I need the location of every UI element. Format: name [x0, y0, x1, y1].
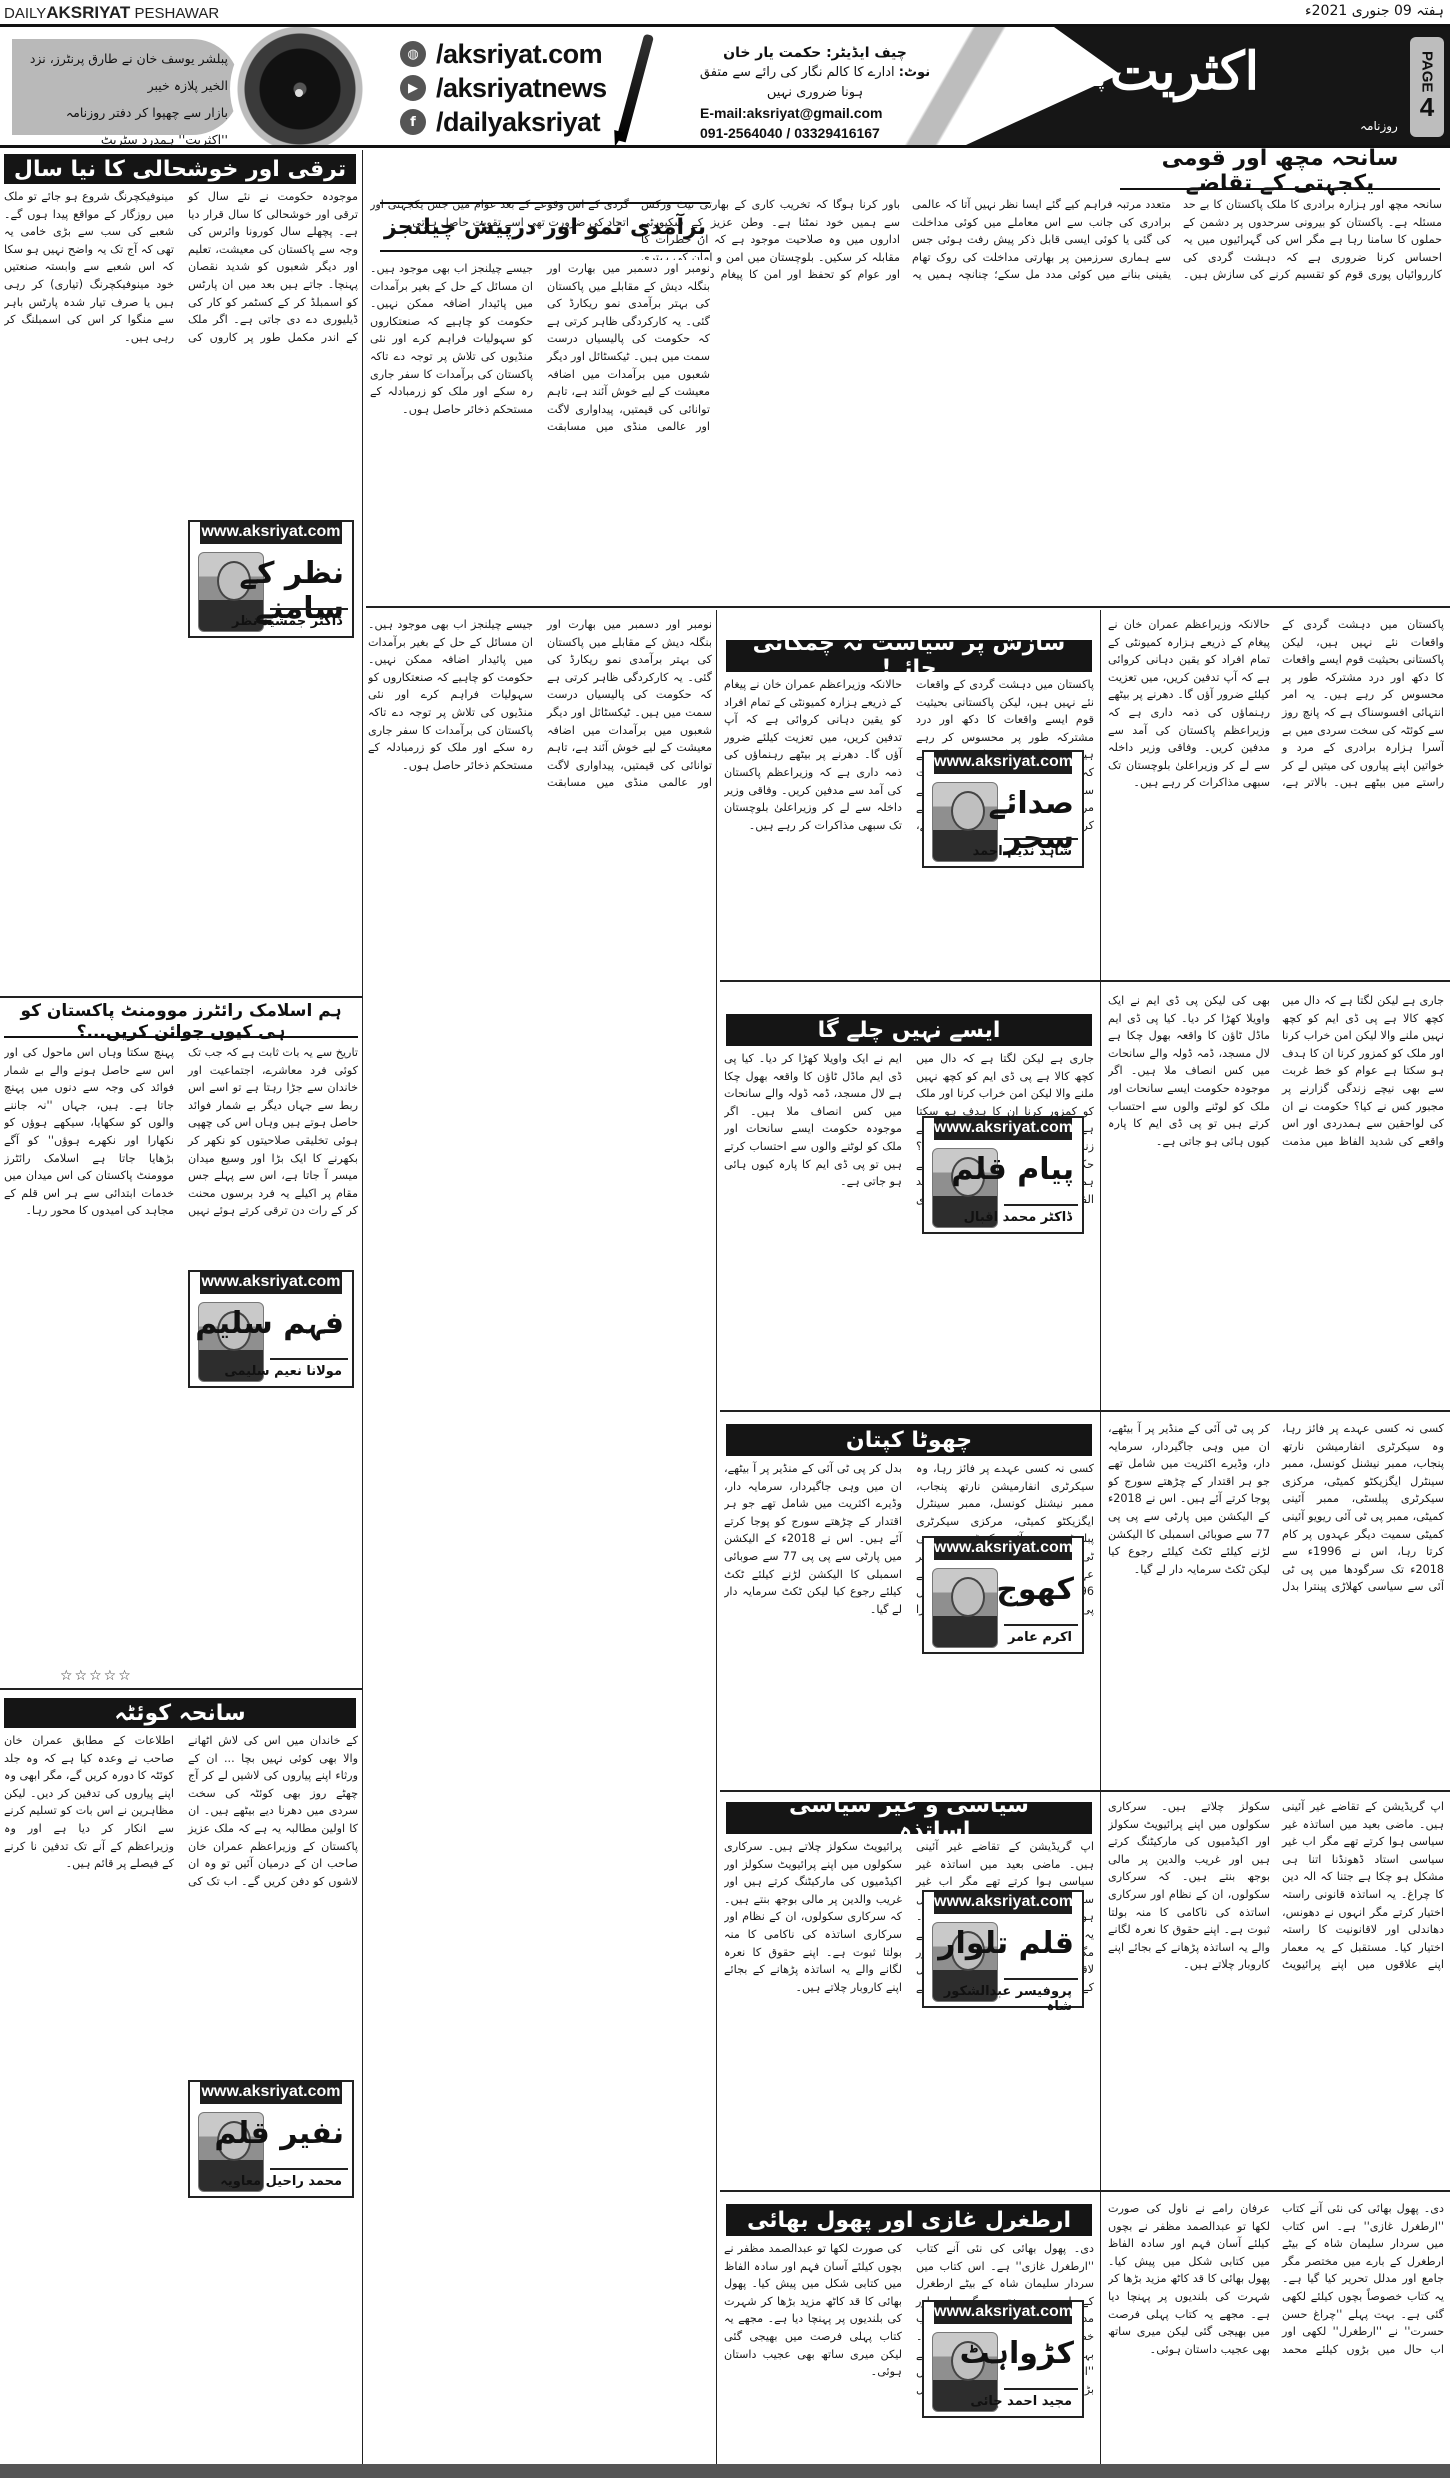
column-headline: سازش پر سیاست نہ چمکائی جائے! [726, 640, 1092, 672]
byline-box: www.aksriyat.com کھوج اکرم عامر [922, 1536, 1084, 1654]
column-name: پیام قلم [951, 1152, 1074, 1187]
byline-box: www.aksriyat.com پیام قلم ڈاکٹر محمد اقب… [922, 1116, 1084, 1234]
byline-divider [270, 608, 348, 610]
author-name: پروفیسر عبدالشکور شاہ [924, 1984, 1072, 2014]
column-continuation: جاری ہے لیکن لگتا ہے کہ دال میں کچھ کالا… [1108, 992, 1444, 1372]
author-name: ڈاکٹر محمد اقبال [964, 1210, 1072, 1225]
section-divider [720, 2190, 1450, 2192]
social-youtube[interactable]: ▶ /aksriyatnews [400, 71, 607, 105]
author-name: مجید احمد جائی [970, 2394, 1072, 2409]
social-handle[interactable]: /aksriyat.com [436, 39, 602, 70]
byline-box: www.aksriyat.com قلم تلوار پروفیسر عبدال… [922, 1890, 1084, 2008]
editorial-headline: برآمدی نمو اور درپیش چیلنجز [380, 202, 710, 252]
column-name: قلم تلوار [938, 1926, 1074, 1961]
website-url[interactable]: www.aksriyat.com [934, 750, 1072, 774]
column-headline: سانحہ کوئٹہ [4, 1698, 356, 1728]
author-name: شاہد ندیم احمد [973, 844, 1072, 859]
column-name: کڑواہٹ [960, 2336, 1074, 2371]
byline-box: www.aksriyat.com نفیر قلم محمد راحیل معا… [188, 2080, 354, 2198]
author-name: محمد راحیل معاویہ [220, 2174, 342, 2189]
column-divider [1100, 610, 1101, 2464]
author-name: اکرم عامر [1008, 1630, 1072, 1645]
social-links: ◍ /aksriyat.com ▶ /aksriyatnews f /daily… [400, 37, 607, 139]
social-facebook[interactable]: f /dailyaksriyat [400, 105, 607, 139]
social-handle[interactable]: /aksriyatnews [436, 73, 607, 104]
top-strip: DAILYAKSRIYAT PESHAWAR ہفتہ 09 جنوری 202… [0, 0, 1450, 24]
logo-city: پشاور [1040, 67, 1105, 92]
column-divider [362, 150, 363, 2464]
footer-bar [0, 2464, 1450, 2478]
section-divider [720, 1790, 1450, 1792]
section-divider [0, 996, 362, 998]
column-divider [716, 610, 717, 2464]
editorial-headline: سانحہ مچھ اور قومی یکجہتی کے تقاضے [1120, 154, 1440, 190]
youtube-icon: ▶ [400, 75, 426, 101]
section-divider [0, 1688, 362, 1690]
disc-center [295, 89, 303, 97]
author-name: ڈاکٹر جمشید نظر [232, 614, 342, 629]
page-number-tag: PAGE 4 [1410, 37, 1444, 137]
section-divider [366, 606, 1450, 608]
website-url[interactable]: www.aksriyat.com [200, 1270, 342, 1294]
website-url[interactable]: www.aksriyat.com [934, 2300, 1072, 2324]
issue-date: ہفتہ 09 جنوری 2021ء [1305, 3, 1444, 19]
website-url[interactable]: www.aksriyat.com [200, 520, 342, 544]
newspaper-page: سانحہ مچھ اور قومی یکجہتی کے تقاضے سانحہ… [0, 150, 1450, 2478]
editorial-body: نومبر اور دسمبر میں بھارت اور بنگلہ دیش … [370, 260, 710, 600]
globe-icon: ◍ [400, 41, 426, 67]
column-headline: ارطغرل غازی اور پھول بھائی [726, 2204, 1092, 2236]
facebook-icon: f [400, 109, 426, 135]
byline-box: www.aksriyat.com فہم سلیم مولانا نعیم سل… [188, 1270, 354, 1388]
imprint-line: پبلشر یوسف خان نے طارق پرنٹرز، نزد الخیر… [24, 45, 228, 99]
newspaper-logo: اکثریت [1110, 41, 1259, 102]
column-continuation: پاکستان میں دہشت گردی کے واقعات نئے نہیں… [1108, 616, 1444, 984]
brand-name: AKSRIYAT [46, 3, 130, 22]
end-stars: ☆☆☆☆☆ [60, 1668, 133, 1684]
column-headline: چھوٹا کپتان [726, 1424, 1092, 1456]
page-number: 4 [1420, 92, 1434, 123]
website-url[interactable]: www.aksriyat.com [200, 2080, 342, 2104]
author-photo [932, 1568, 998, 1648]
article-body: نومبر اور دسمبر میں بھارت اور بنگلہ دیش … [368, 616, 712, 2460]
column-name: فہم سلیم [195, 1306, 344, 1341]
section-divider [720, 1410, 1450, 1412]
byline-divider [270, 2168, 348, 2170]
byline-divider [270, 1358, 348, 1360]
page-label: PAGE [1419, 51, 1436, 92]
column-name: کھوج [996, 1572, 1074, 1607]
byline-box: www.aksriyat.com کڑواہٹ مجید احمد جائی [922, 2300, 1084, 2418]
website-url[interactable]: www.aksriyat.com [934, 1890, 1072, 1914]
column-continuation: کسی نہ کسی عہدے پر فائز رہا، وہ سیکرٹری … [1108, 1420, 1444, 1780]
brand-prefix: DAILY [4, 5, 46, 22]
imprint-line: بازار سے چھپوا کر دفتر روزنامہ ''اکثریت'… [24, 99, 228, 148]
byline-divider [1004, 1204, 1078, 1206]
website-url[interactable]: www.aksriyat.com [934, 1116, 1072, 1140]
byline-box: www.aksriyat.com صدائے سحر شاہد ندیم احم… [922, 750, 1084, 868]
byline-divider [1004, 1624, 1078, 1626]
website-url[interactable]: www.aksriyat.com [934, 1536, 1072, 1560]
column-headline: ایسے نہیں چلے گا [726, 1014, 1092, 1046]
pen-nib-icon [610, 130, 624, 148]
byline-divider [1004, 2388, 1078, 2390]
note-text: ادارے کا کالم نگار کی رائے سے متفق ہونا … [700, 65, 895, 100]
brand-suffix: PESHAWAR [135, 5, 220, 22]
column-continuation: دی۔ پھول بھائی کی نئی آنے کتاب ''ارطغرل … [1108, 2200, 1444, 2462]
section-divider [720, 980, 1450, 982]
column-name: نفیر قلم [214, 2116, 344, 2151]
pen-icon [616, 34, 654, 143]
column-continuation: اپ گریڈیشن کے تقاضے غیر آئینی ہیں۔ ماضی … [1108, 1798, 1444, 2178]
column-headline: ہم اسلامک رائٹرز موومنٹ پاکستان کو ہی کی… [4, 1006, 358, 1038]
author-name: مولانا نعیم سلیمی [224, 1364, 342, 1379]
publisher-imprint: پبلشر یوسف خان نے طارق پرنٹرز، نزد الخیر… [12, 39, 240, 135]
column-headline: سیاسی و غیر سیاسی اساتذہ۔۔۔۔ [726, 1802, 1092, 1834]
disc-graphic [230, 24, 370, 148]
newspaper-brand: DAILYAKSRIYAT PESHAWAR [4, 3, 219, 23]
byline-divider [1004, 1978, 1078, 1980]
column-headline: ترقی اور خوشحالی کا نیا سال [4, 154, 356, 184]
logo-daily-label: روزنامہ [1360, 119, 1398, 133]
byline-divider [1004, 838, 1078, 840]
byline-box: www.aksriyat.com نظر کے سامنے ڈاکٹر جمشی… [188, 520, 354, 638]
masthead: پبلشر یوسف خان نے طارق پرنٹرز، نزد الخیر… [0, 24, 1450, 148]
social-website[interactable]: ◍ /aksriyat.com [400, 37, 607, 71]
social-handle[interactable]: /dailyaksriyat [436, 107, 600, 138]
